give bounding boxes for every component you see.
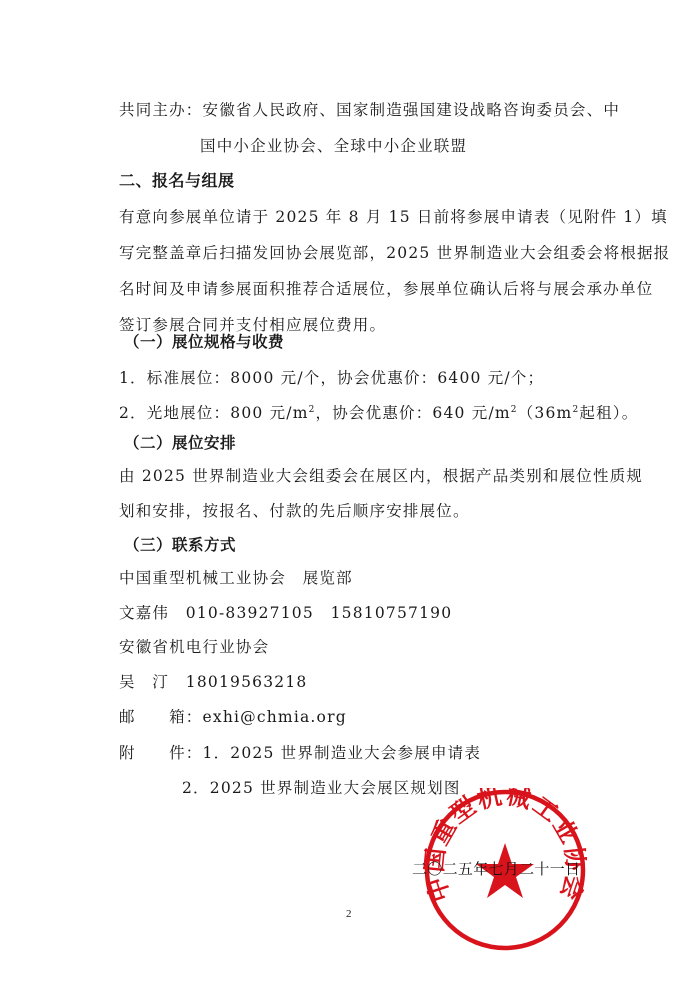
attachment-line-2: 2．2025 世界制造业大会展区规划图 [182,778,461,798]
fee-standard-booth: 1．标准展位：8000 元/个，协会优惠价：6400 元/个； [119,368,544,388]
contact-person-1: 文嘉伟 010-83927105 15810757190 [119,603,452,623]
subsection-title-contact: （三）联系方式 [124,535,236,555]
email-line: 邮 箱：exhi@chmia.org [119,707,347,727]
co-host-text: 安徽省人民政府、国家制造强国建设战略咨询委员会、中 [203,101,621,119]
co-host-label: 共同主办： [119,101,203,119]
attachment-label: 附 件： [119,744,203,762]
paragraph-line: 有意向参展单位请于 2025 年 8 月 15 日前将参展申请表（见附件 1）填 [119,207,668,227]
document-page: 共同主办：安徽省人民政府、国家制造强国建设战略咨询委员会、中 国中小企业协会、全… [0,0,700,990]
contact-org-2: 安徽省机电行业协会 [119,637,269,657]
co-host-line-2: 国中小企业协会、全球中小企业联盟 [200,136,467,156]
paragraph-line: 划和安排，按报名、付款的先后顺序安排展位。 [119,501,470,521]
paragraph-line: 名时间及申请参展面积推荐合适展位，参展单位确认后将与展会承办单位 [119,279,653,299]
subsection-title-arrangement: （二）展位安排 [124,433,236,453]
superscript: 2 [511,405,518,415]
subsection-title-fees: （一）展位规格与收费 [124,332,284,352]
page-number: 2 [346,908,352,920]
attachment-line-1: 附 件：1．2025 世界制造业大会参展申请表 [119,743,481,763]
email-link[interactable]: exhi@chmia.org [203,708,347,726]
fee-text: 起租）。 [579,404,638,422]
paragraph-line: 由 2025 世界制造业大会组委会在展区内，根据产品类别和展位性质规 [119,466,643,486]
co-host-line-1: 共同主办：安徽省人民政府、国家制造强国建设战略咨询委员会、中 [119,100,620,120]
fee-text: 2．光地展位：800 元/m [119,404,309,422]
paragraph-line: 写完整盖章后扫描发回协会展览部，2025 世界制造业大会组委会将根据报 [119,243,670,263]
fee-text: （36m [518,404,573,422]
contact-org-1: 中国重型机械工业协会 展览部 [119,568,353,588]
contact-person-2: 吴 汀 18019563218 [119,672,307,692]
section-title-registration: 二、报名与组展 [119,171,235,191]
fee-text: ，协会优惠价：640 元/m [316,404,511,422]
document-date: 二〇二五年七月二十一日 [412,858,580,879]
attachment-item: 1．2025 世界制造业大会参展申请表 [203,744,482,762]
email-label: 邮 箱： [119,708,203,726]
fee-raw-space: 2．光地展位：800 元/m2，协会优惠价：640 元/m2（36m2起租）。 [119,403,638,423]
superscript: 2 [309,405,316,415]
